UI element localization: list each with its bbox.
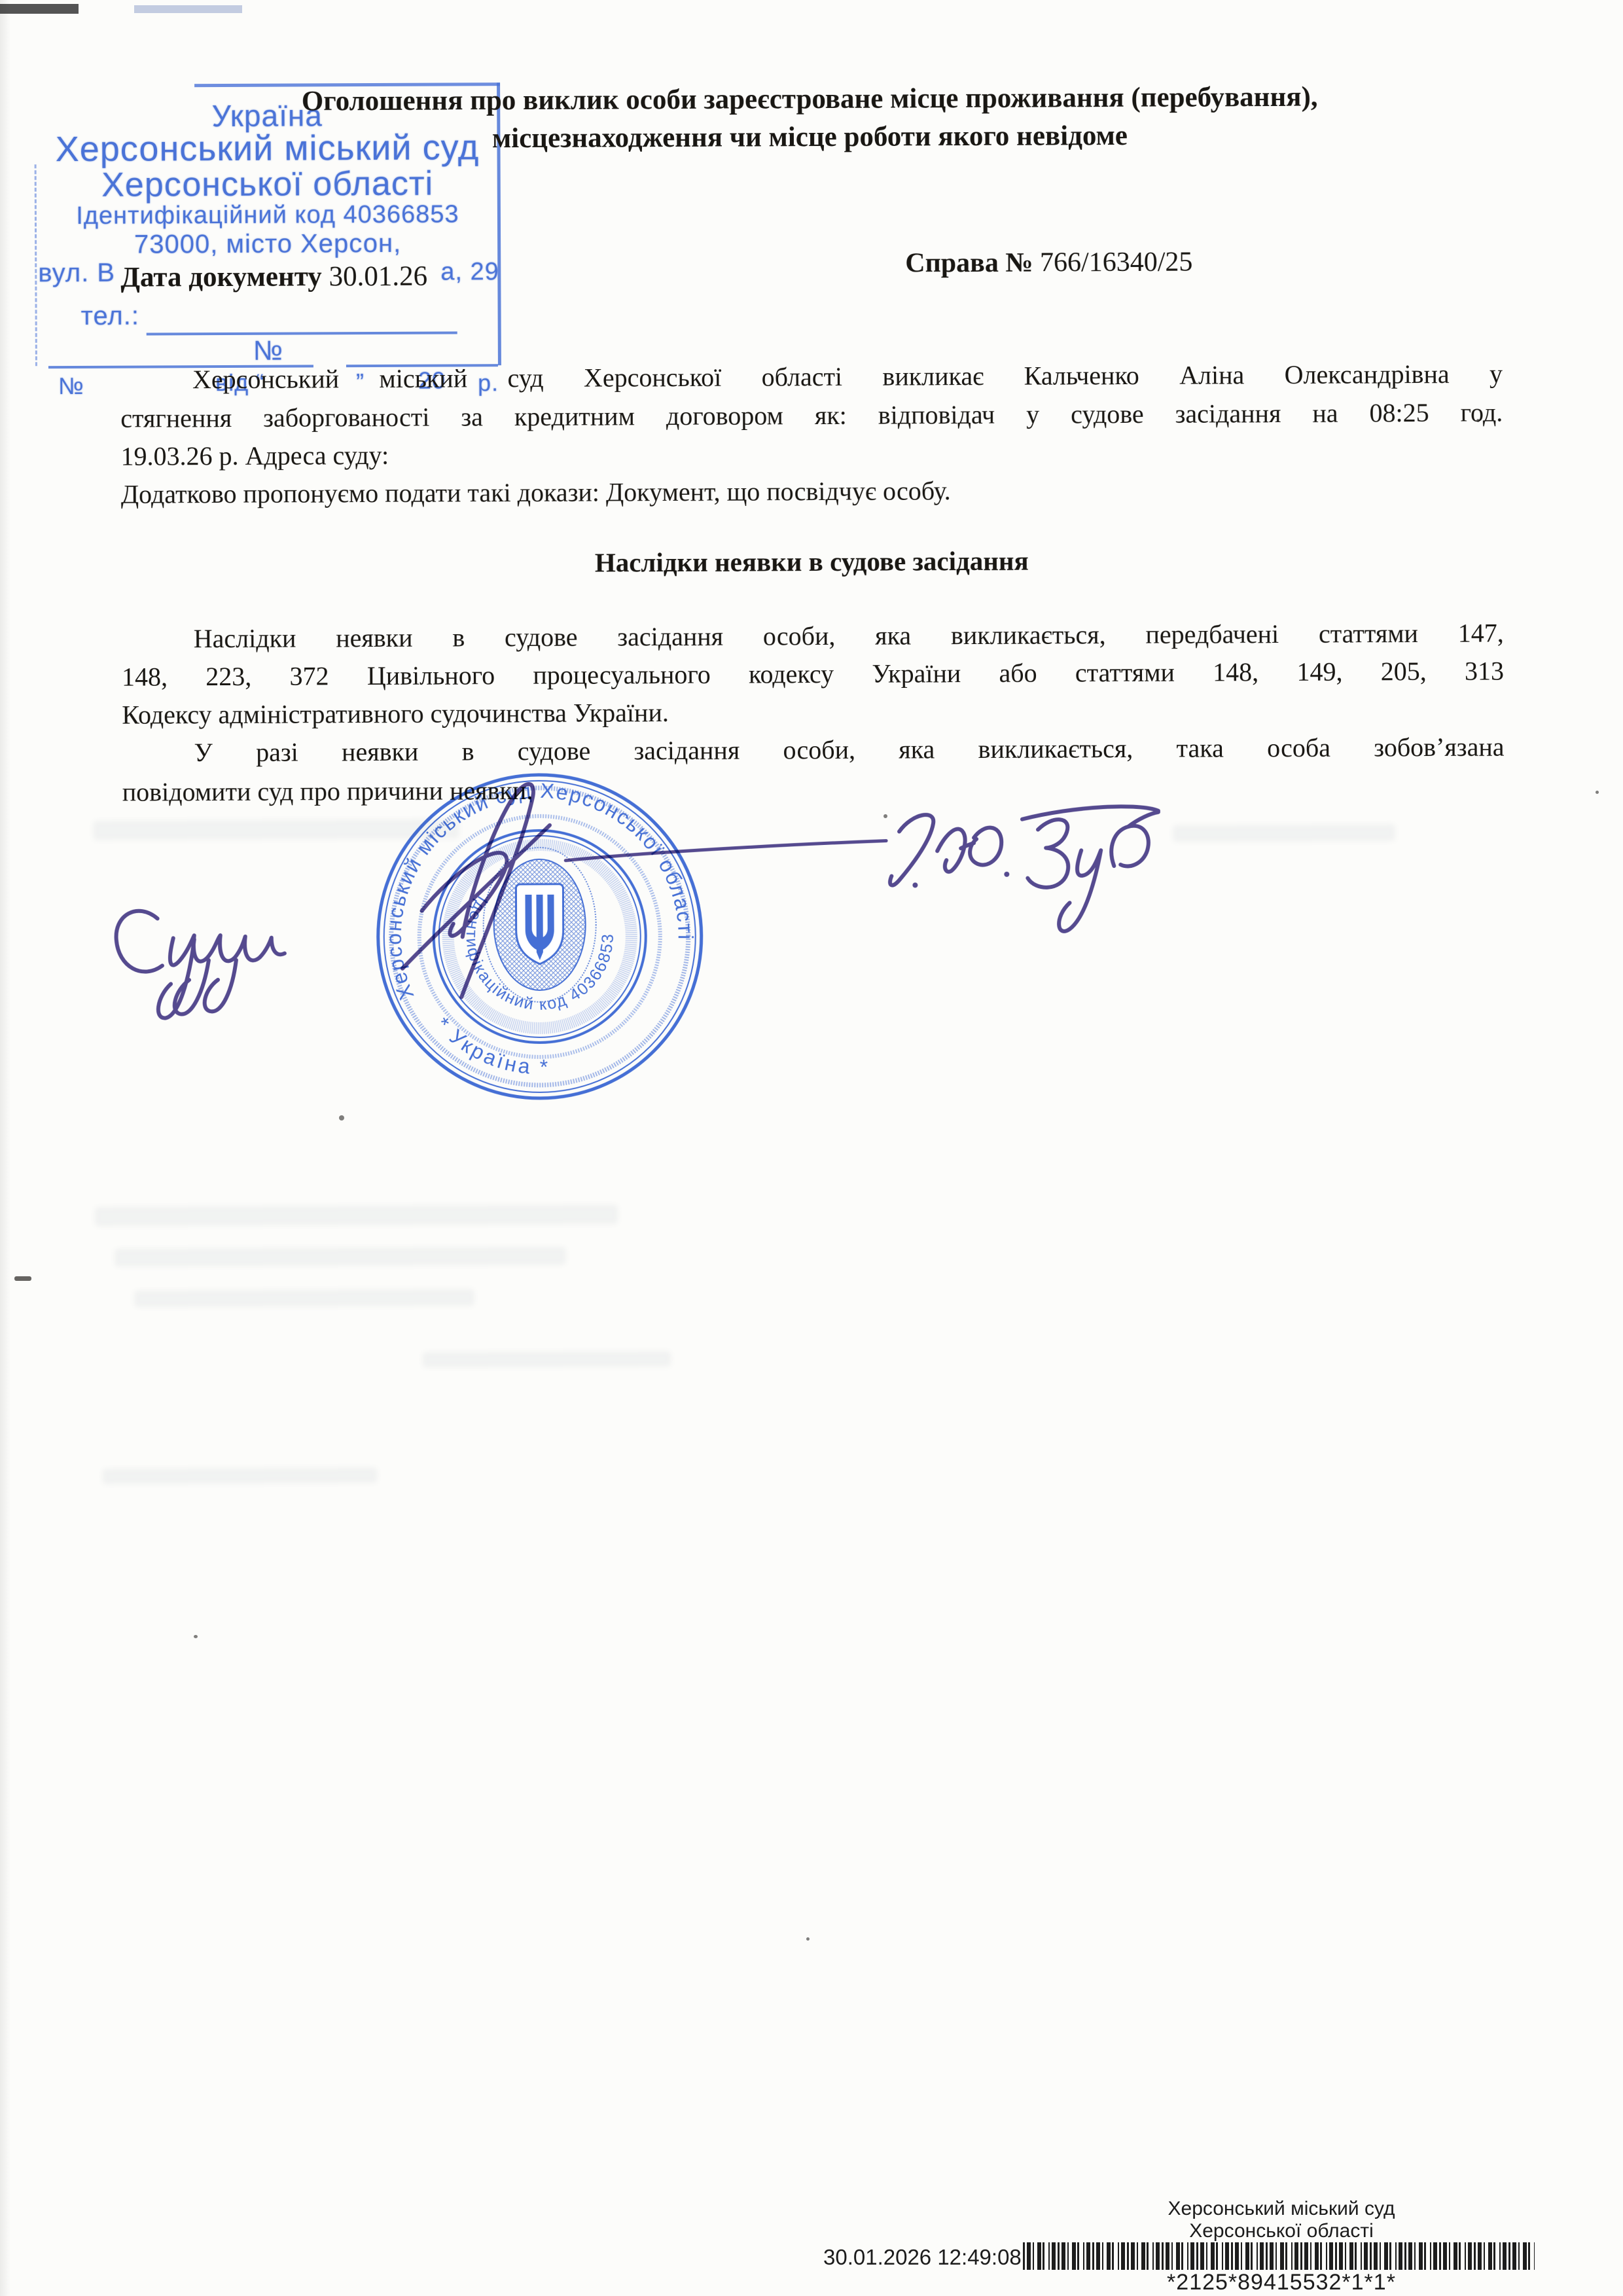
scanned-court-document-page: Україна Херсонський міський суд Херсонсь… — [0, 0, 1623, 2296]
judge-signature-label — [116, 910, 285, 1018]
footer-court-name: Херсонський міський суд — [1020, 2198, 1543, 2220]
footer-barcode — [1023, 2242, 1535, 2270]
footer-court-region: Херсонської області — [1020, 2220, 1543, 2242]
footer-barcode-text: *2125*89415532*1*1* — [1020, 2270, 1543, 2295]
bleedthrough-smudge — [423, 1351, 671, 1368]
handwriting-layer — [0, 0, 1623, 1313]
footer-datetime: 30.01.2026 12:49:08 — [823, 2245, 1017, 2270]
bleedthrough-smudge — [102, 1467, 377, 1484]
scan-speck — [194, 1635, 198, 1638]
scan-speck — [806, 1937, 810, 1941]
judge-signature — [890, 806, 1159, 932]
document-content: Україна Херсонський міський суд Херсонсь… — [0, 0, 1623, 1313]
seal-scribble — [402, 783, 887, 997]
